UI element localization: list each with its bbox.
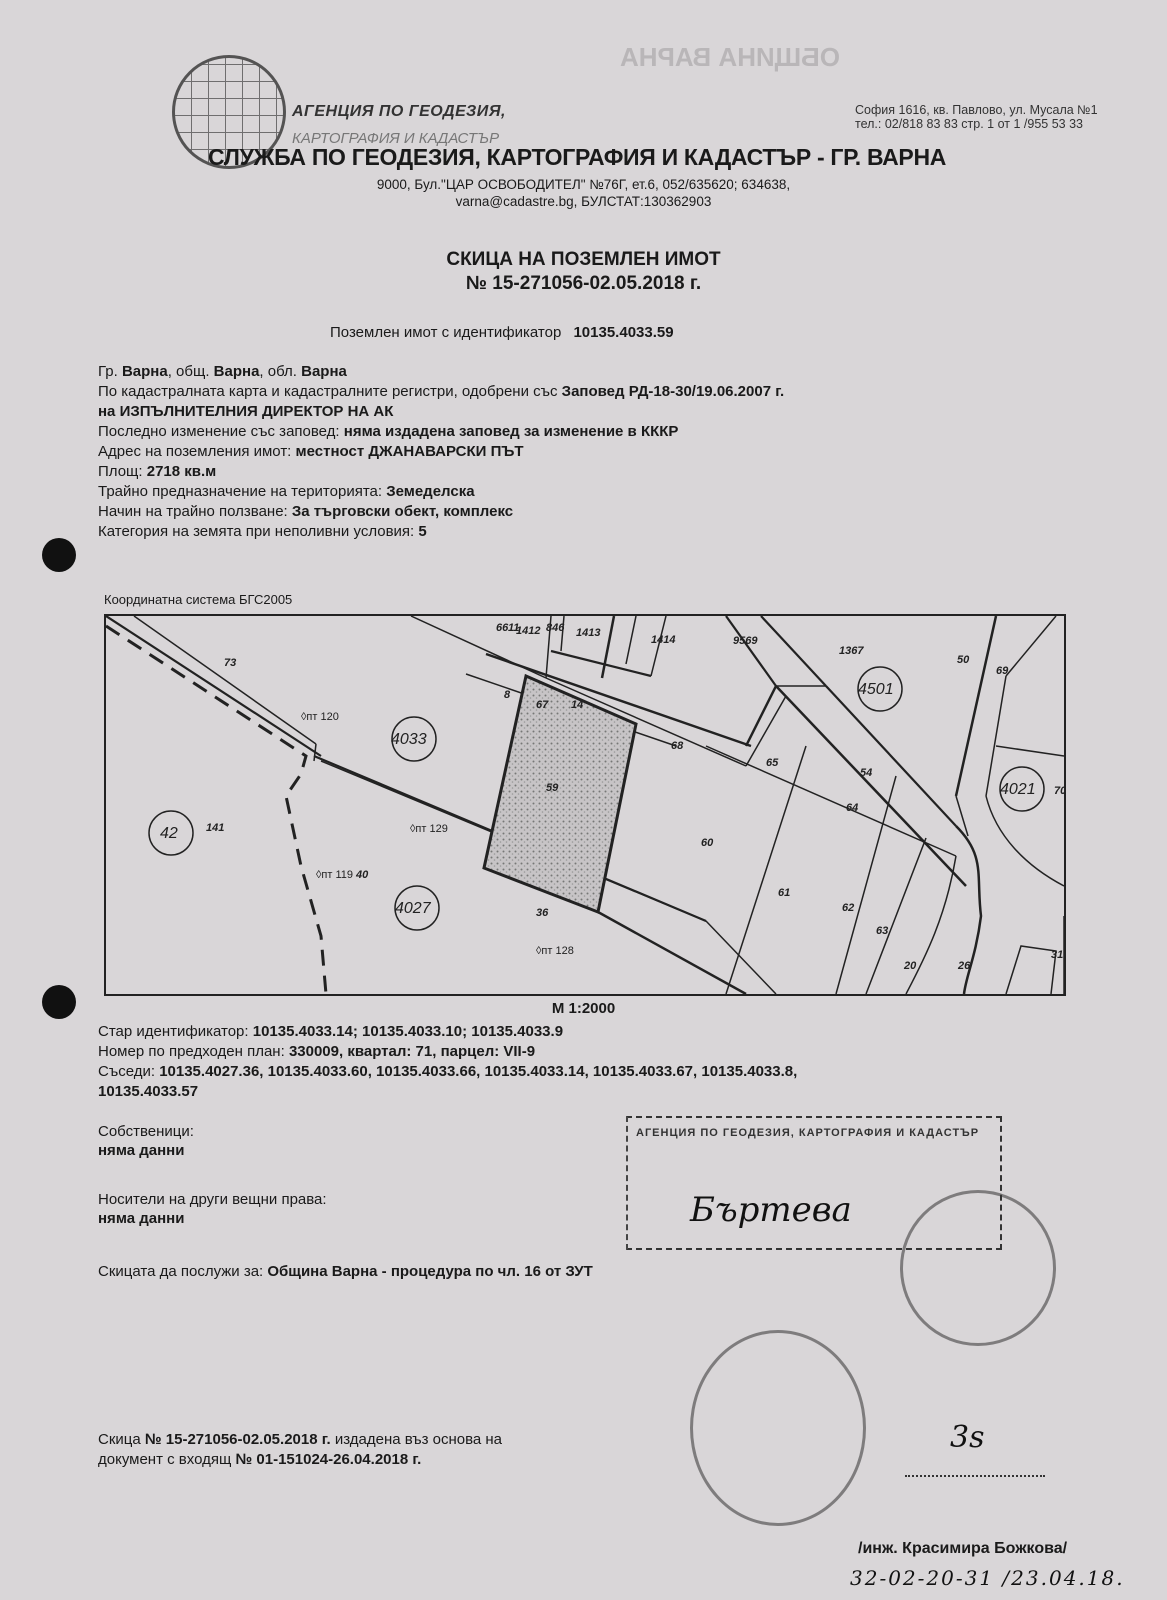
category-label: Категория на земята при неполивни услови… (98, 523, 418, 540)
svg-text:63: 63 (876, 925, 888, 937)
svg-text:54: 54 (860, 767, 872, 779)
old-identifier-line: Стар идентификатор: 10135.4033.14; 10135… (98, 1022, 563, 1041)
sketch-purpose-label: Скицата да послужи за: (98, 1263, 267, 1280)
address-line: Адрес на поземления имот: местност ДЖАНА… (98, 442, 524, 461)
last-change-line: Последно изменение със заповед: няма изд… (98, 422, 678, 441)
identifier-line: Поземлен имот с идентификатор 10135.4033… (330, 324, 674, 341)
round-seal-bottom (690, 1330, 866, 1526)
neighbors-label: Съседи: (98, 1063, 159, 1080)
other-rights-value: няма данни (98, 1209, 184, 1228)
svg-text:40: 40 (355, 869, 369, 881)
purpose-line: Трайно предназначение на територията: Зе… (98, 482, 475, 501)
sofia-address: София 1616, кв. Павлово, ул. Мусала №1 т… (855, 103, 1098, 131)
owners-value: няма данни (98, 1141, 184, 1160)
svg-text:67: 67 (536, 699, 549, 711)
cadastral-map-line: По кадастралната карта и кадастралните р… (98, 382, 784, 401)
agency-name-line1: АГЕНЦИЯ ПО ГЕОДЕЗИЯ, (292, 103, 506, 121)
service-address-line2: varna@cadastre.bg, БУЛСТАТ:130362903 (0, 194, 1167, 209)
purpose-value: Земеделска (386, 483, 474, 500)
issued-suffix: издадена въз основа на (331, 1431, 502, 1448)
svg-text:4021: 4021 (1000, 781, 1036, 798)
svg-text:141: 141 (206, 822, 224, 834)
neighbors-line2: 10135.4033.57 (98, 1082, 198, 1101)
punch-hole-top (42, 538, 76, 572)
svg-text:59: 59 (546, 782, 559, 794)
svg-text:◊пт 128: ◊пт 128 (536, 945, 574, 957)
cadastral-map-drawing: 4033 4501 4021 42 4027 73 6611 1412 846 … (106, 616, 1064, 994)
address-label: Адрес на поземления имот: (98, 443, 296, 460)
coordinate-system-label: Координатна система БГС2005 (104, 592, 292, 607)
incoming-prefix: документ с входящ (98, 1451, 236, 1468)
svg-text:9569: 9569 (733, 635, 758, 647)
usage-line: Начин на трайно ползване: За търговски о… (98, 502, 513, 521)
neighbors-value: 10135.4027.36, 10135.4033.60, 10135.4033… (159, 1063, 797, 1080)
svg-text:60: 60 (701, 837, 714, 849)
issued-number: № 15-271056-02.05.2018 г. (145, 1431, 331, 1448)
svg-text:◊пт 129: ◊пт 129 (410, 823, 448, 835)
location-line: Гр. Варна, общ. Варна, обл. Варна (98, 362, 347, 381)
previous-plan-value: 330009, квартал: 71, парцел: VII-9 (289, 1043, 535, 1060)
area-value: 2718 кв.м (147, 463, 217, 480)
other-rights-label: Носители на други вещни права: (98, 1190, 327, 1209)
cadastral-map-order: Заповед РД-18-30/19.06.2007 г. (562, 383, 784, 400)
purpose-label: Трайно предназначение на територията: (98, 483, 386, 500)
map-scale: М 1:2000 (0, 1000, 1167, 1017)
svg-text:31: 31 (1051, 949, 1063, 961)
svg-text:1367: 1367 (839, 645, 864, 657)
cadastral-map-label: По кадастралната карта и кадастралните р… (98, 383, 562, 400)
svg-text:4033: 4033 (391, 731, 427, 748)
region: Варна (301, 363, 347, 380)
svg-text:1413: 1413 (576, 627, 600, 639)
svg-text:◊пт 119: ◊пт 119 (316, 869, 353, 881)
cadastral-map-line2: на ИЗПЪЛНИТЕЛНИЯ ДИРЕКТОР НА АК (98, 402, 393, 421)
handwritten-signature: Бъртева (690, 1190, 852, 1230)
svg-text:14: 14 (571, 699, 583, 711)
svg-text:1412: 1412 (516, 625, 540, 637)
round-seal-top (900, 1190, 1056, 1346)
document-title: СКИЦА НА ПОЗЕМЛЕН ИМОТ (0, 249, 1167, 271)
svg-text:◊пт 120: ◊пт 120 (301, 711, 339, 723)
area-line: Площ: 2718 кв.м (98, 462, 216, 481)
svg-text:61: 61 (778, 887, 790, 899)
svg-text:64: 64 (846, 802, 858, 814)
service-address-line1: 9000, Бул."ЦАР ОСВОБОДИТЕЛ" №76Г, ет.6, … (0, 177, 1167, 192)
municipality-prefix: , общ. (168, 363, 214, 380)
sofia-address-line1: София 1616, кв. Павлово, ул. Мусала №1 (855, 103, 1098, 117)
municipality: Варна (214, 363, 260, 380)
official-signature-mark: 3s (950, 1420, 984, 1455)
neighbors-line: Съседи: 10135.4027.36, 10135.4033.60, 10… (98, 1062, 797, 1081)
handwritten-reference-note: 32-02-20-31 /23.04.18. (850, 1566, 1125, 1590)
city: Варна (122, 363, 168, 380)
sofia-address-line2: тел.: 02/818 83 83 стр. 1 от 1 /955 53 3… (855, 117, 1098, 131)
ghost-heading: ОБЩИНА ВАРНА (620, 42, 840, 73)
svg-text:42: 42 (160, 825, 178, 842)
identifier-value: 10135.4033.59 (573, 324, 673, 341)
svg-text:26: 26 (957, 960, 971, 972)
neighbors-value-continued: 10135.4033.57 (98, 1083, 198, 1100)
svg-text:65: 65 (766, 757, 779, 769)
usage-label: Начин на трайно ползване: (98, 503, 292, 520)
area-label: Площ: (98, 463, 147, 480)
signature-line (905, 1475, 1045, 1477)
owners-label: Собственици: (98, 1122, 194, 1141)
svg-text:4027: 4027 (395, 900, 432, 917)
incoming-line: документ с входящ № 01-151024-26.04.2018… (98, 1450, 421, 1469)
region-prefix: , обл. (259, 363, 301, 380)
svg-text:73: 73 (224, 657, 236, 669)
service-title: СЛУЖБА ПО ГЕОДЕЗИЯ, КАРТОГРАФИЯ И КАДАСТ… (208, 144, 946, 171)
issued-line: Скица № 15-271056-02.05.2018 г. издадена… (98, 1430, 502, 1449)
usage-value: За търговски обект, комплекс (292, 503, 513, 520)
svg-text:20: 20 (903, 960, 917, 972)
svg-text:846: 846 (546, 622, 565, 634)
document-number: № 15-271056-02.05.2018 г. (0, 273, 1167, 295)
stamp-header: АГЕНЦИЯ ПО ГЕОДЕЗИЯ, КАРТОГРАФИЯ И КАДАС… (636, 1127, 979, 1139)
last-change-value: няма издадена заповед за изменение в ККК… (344, 423, 679, 440)
svg-text:36: 36 (536, 907, 549, 919)
svg-text:1414: 1414 (651, 634, 675, 646)
sketch-purpose-value: Община Варна - процедура по чл. 16 от ЗУ… (267, 1263, 592, 1280)
address-value: местност ДЖАНАВАРСКИ ПЪТ (296, 443, 524, 460)
signatory-name: /инж. Красимира Божкова/ (858, 1540, 1067, 1558)
svg-text:8: 8 (504, 689, 511, 701)
last-change-label: Последно изменение със заповед: (98, 423, 344, 440)
svg-text:62: 62 (842, 902, 854, 914)
category-value: 5 (418, 523, 426, 540)
sketch-purpose-line: Скицата да послужи за: Община Варна - пр… (98, 1262, 593, 1281)
location-prefix: Гр. (98, 363, 122, 380)
incoming-number: № 01-151024-26.04.2018 г. (236, 1451, 422, 1468)
previous-plan-line: Номер по предходен план: 330009, квартал… (98, 1042, 535, 1061)
old-identifier-label: Стар идентификатор: (98, 1023, 253, 1040)
issued-prefix: Скица (98, 1431, 145, 1448)
cadastral-map: 4033 4501 4021 42 4027 73 6611 1412 846 … (104, 614, 1066, 996)
old-identifier-value: 10135.4033.14; 10135.4033.10; 10135.4033… (253, 1023, 563, 1040)
previous-plan-label: Номер по предходен план: (98, 1043, 289, 1060)
category-line: Категория на земята при неполивни услови… (98, 522, 427, 541)
svg-text:70: 70 (1054, 785, 1064, 797)
cadastral-map-authority: на ИЗПЪЛНИТЕЛНИЯ ДИРЕКТОР НА АК (98, 403, 393, 420)
svg-text:50: 50 (957, 654, 970, 666)
svg-text:68: 68 (671, 740, 684, 752)
svg-text:4501: 4501 (858, 681, 894, 698)
identifier-label: Поземлен имот с идентификатор (330, 324, 561, 341)
svg-text:69: 69 (996, 665, 1009, 677)
